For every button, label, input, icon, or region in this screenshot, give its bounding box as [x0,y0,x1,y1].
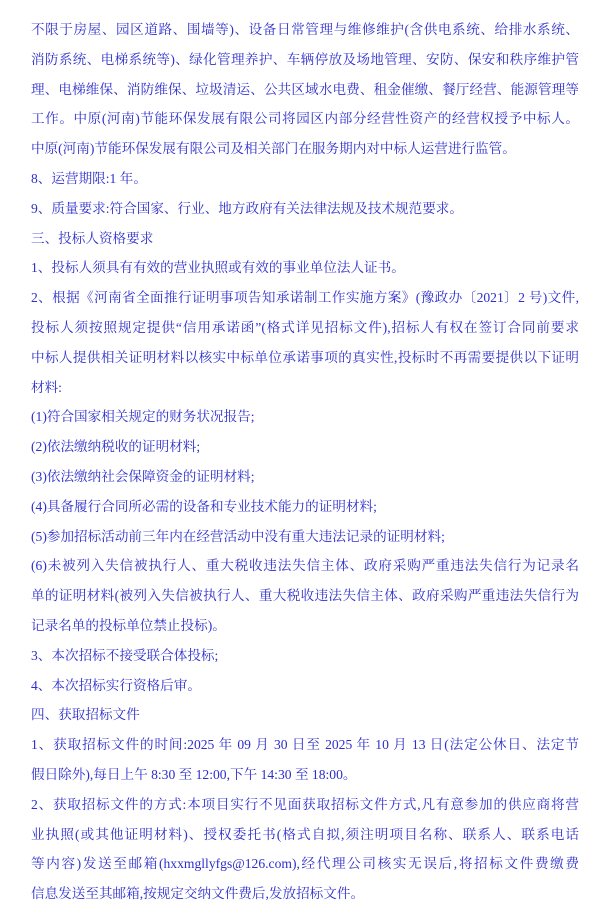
text-line: 理、电梯维保、消防维保、垃圾清运、公共区域水电费、租金催缴、餐厅经营、能源管理等 [31,75,579,105]
text-line: 消防系统、电梯系统等)、绿化管理养护、车辆停放及场地管理、安防、保安和秩序维护管 [31,45,579,75]
text-line: (6)未被列入失信被执行人、重大税收违法失信主体、政府采购严重违法失信行为记录名 [31,551,579,581]
text-line: 4、本次招标实行资格后审。 [31,671,579,701]
text-line: 等内容)发送至邮箱(hxxmgllyfgs@126.com),经代理公司核实无误… [31,849,579,879]
text-line: 3、本次招标不接受联合体投标; [31,641,579,671]
text-line: (2)依法缴纳税收的证明材料; [31,432,579,462]
text-line: 9、质量要求:符合国家、行业、地方政府有关法律法规及技术规范要求。 [31,194,579,224]
text-line: 四、获取招标文件 [31,700,579,730]
text-line: 工作。中原(河南)节能环保发展有限公司将园区内部分经营性资产的经营权授予中标人。 [31,104,579,134]
text-line: 投标人须按照规定提供“信用承诺函”(格式详见招标文件),招标人有权在签订合同前要… [31,313,579,343]
text-line: 记录名单的投标单位禁止投标)。 [31,611,579,641]
text-line: 1、获取招标文件的时间:2025 年 09 月 30 日至 2025 年 10 … [31,730,579,760]
text-line: (5)参加招标活动前三年内在经营活动中没有重大违法记录的证明材料; [31,522,579,552]
text-line: 中标人提供相关证明材料以核实中标单位承诺事项的真实性,投标时不再需要提供以下证明 [31,343,579,373]
text-line: (4)具备履行合同所必需的设备和专业技术能力的证明材料; [31,492,579,522]
document-page: 不限于房屋、园区道路、围墙等)、设备日常管理与维修维护(含供电系统、给排水系统、… [0,0,608,920]
text-line: 业执照(或其他证明材料)、授权委托书(格式自拟,须注明项目名称、联系人、联系电话 [31,820,579,850]
text-line: 2、根据《河南省全面推行证明事项告知承诺制工作实施方案》(豫政办〔2021〕2 … [31,283,579,313]
text-line: 单的证明材料(被列入失信被执行人、重大税收违法失信主体、政府采购严重违法失信行为 [31,581,579,611]
text-line: (3)依法缴纳社会保障资金的证明材料; [31,462,579,492]
text-line: 1、投标人须具有有效的营业执照或有效的事业单位法人证书。 [31,253,579,283]
document-body: 不限于房屋、园区道路、围墙等)、设备日常管理与维修维护(含供电系统、给排水系统、… [0,0,608,909]
text-line: 2、获取招标文件的方式:本项目实行不见面获取招标文件方式,凡有意参加的供应商将营 [31,790,579,820]
text-line: (1)符合国家相关规定的财务状况报告; [31,402,579,432]
text-line: 不限于房屋、园区道路、围墙等)、设备日常管理与维修维护(含供电系统、给排水系统、 [31,15,579,45]
text-line: 中原(河南)节能环保发展有限公司及相关部门在服务期内对中标人运营进行监管。 [31,134,579,164]
text-line: 三、投标人资格要求 [31,224,579,254]
text-line: 材料: [31,373,579,403]
text-line: 信息发送至其邮箱,按规定交纳文件费后,发放招标文件。 [31,879,579,909]
text-line: 假日除外),每日上午 8:30 至 12:00,下午 14:30 至 18:00… [31,760,579,790]
text-line: 8、运营期限:1 年。 [31,164,579,194]
